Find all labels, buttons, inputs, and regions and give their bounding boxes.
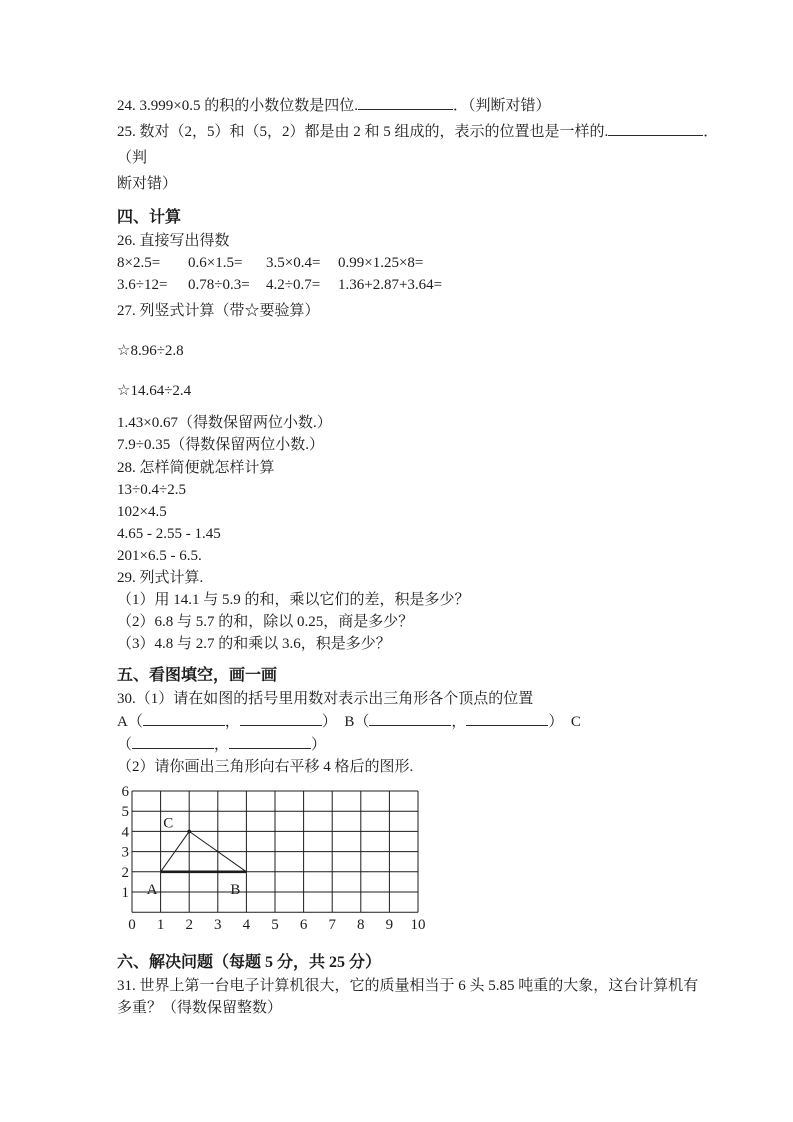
question-25-wrap: 断对错） [117,171,738,197]
vertex-label-a: A [147,882,158,898]
question-30-part-2: （2）请你画出三角形向右平移 4 格后的图形. [117,756,738,778]
vertex-label-b: B [230,882,240,898]
equation: 0.6×1.5= [188,252,266,274]
question-27-title: 27. 列竖式计算（带☆要验算） [117,300,738,322]
equation: 8×2.5= [117,252,188,274]
question-28-item-4: 201×6.5 - 6.5. [117,545,738,567]
y-axis-tick-label: 1 [122,885,130,901]
question-27-item-3: 1.43×0.67（得数保留两位小数.） [117,412,738,434]
vertex-b-label: ） B（ [322,714,370,730]
question-24-tail: ．（判断对错） [453,98,551,114]
y-axis-tick-label: 6 [122,784,130,800]
question-26-title: 26. 直接写出得数 [117,230,738,252]
comma: ， [451,714,466,730]
answer-blank [608,120,703,136]
question-25: 25. 数对（2，5）和（5，2）都是由 2 和 5 组成的，表示的位置也是一样… [117,119,738,171]
y-axis-tick-label: 5 [122,804,130,820]
question-28-title: 28. 怎样简便就怎样计算 [117,457,738,479]
x-axis-tick-label: 8 [357,917,365,933]
section-6-heading: 六、解决问题（每题 5 分，共 25 分） [117,951,738,975]
comma: ， [225,714,240,730]
question-28-item-1: 13÷0.4÷2.5 [117,479,738,501]
equation: 3.6÷12= [117,274,188,296]
question-27-item-1: ☆8.96÷2.8 [117,340,738,362]
equation-row-1: 8×2.5=0.6×1.5=3.5×0.4=0.99×1.25×8= [117,252,738,274]
x-axis-tick-label: 10 [411,917,426,933]
y-axis-tick-label: 2 [122,865,130,881]
x-axis-tick-label: 1 [157,917,165,933]
answer-blank [132,733,214,749]
x-axis-tick-label: 7 [328,917,336,933]
paren-open: （ [117,737,132,753]
section-4-heading: 四、计算 [117,206,738,230]
vertex-label-c: C [163,815,173,831]
question-27-item-4: 7.9÷0.35（得数保留两位小数.） [117,434,738,456]
judge-questions-block: 24. 3.999×0.5 的积的小数位数是四位.．（判断对错） 25. 数对（… [117,93,738,197]
vertex-a-label: A（ [117,714,143,730]
x-axis-tick-label: 9 [386,917,394,933]
x-axis-tick-label: 3 [214,917,222,933]
question-24-text: 24. 3.999×0.5 的积的小数位数是四位. [117,98,358,114]
equation: 1.36+2.87+3.64= [338,274,442,296]
answer-blank [240,710,322,726]
answer-blank [358,94,453,110]
vertex-c-label: ） C [548,714,581,730]
comma: ， [214,737,229,753]
vertex-c-dot [187,830,191,834]
worksheet-page: 24. 3.999×0.5 的积的小数位数是四位.．（判断对错） 25. 数对（… [0,0,793,1019]
answer-blank [369,710,451,726]
question-28-item-2: 102×4.5 [117,501,738,523]
equation: 0.99×1.25×8= [338,252,423,274]
question-31-line-2: 多重？（得数保留整数） [117,997,738,1019]
question-30-answer-line-2: （，） [117,733,738,756]
answer-blank [229,733,311,749]
y-axis-tick-label: 3 [122,845,130,861]
equation: 3.5×0.4= [266,252,338,274]
equation-row-2: 3.6÷12=0.78÷0.3=4.2÷0.7=1.36+2.87+3.64= [117,274,738,296]
equation: 0.78÷0.3= [188,274,266,296]
answer-blank [143,710,225,726]
paren-close: ） [311,737,326,753]
question-31-line-1: 31. 世界上第一台电子计算机很大，它的质量相当于 6 头 5.85 吨重的大象… [117,975,738,997]
question-29-title: 29. 列式计算. [117,567,738,589]
x-axis-tick-label: 5 [271,917,279,933]
question-29-item-3: （3）4.8 与 2.7 的和乘以 3.6，积是多少？ [117,633,738,655]
coordinate-grid-figure: 012345678910123456ABC [117,778,437,938]
x-axis-tick-label: 0 [128,917,136,933]
x-axis-tick-label: 2 [185,917,193,933]
x-axis-tick-label: 6 [300,917,308,933]
x-axis-tick-label: 4 [243,917,251,933]
answer-blank [466,710,548,726]
question-29-item-1: （1）用 14.1 与 5.9 的和，乘以它们的差，积是多少？ [117,589,738,611]
question-29-item-2: （2）6.8 与 5.7 的和，除以 0.25，商是多少？ [117,611,738,633]
question-24: 24. 3.999×0.5 的积的小数位数是四位.．（判断对错） [117,93,738,119]
question-27-item-2: ☆14.64÷2.4 [117,380,738,402]
equation: 4.2÷0.7= [266,274,338,296]
question-25-text: 25. 数对（2，5）和（5，2）都是由 2 和 5 组成的，表示的位置也是一样… [117,124,608,140]
question-28-item-3: 4.65 - 2.55 - 1.45 [117,523,738,545]
section-5-heading: 五、看图填空，画一画 [117,664,738,688]
y-axis-tick-label: 4 [122,824,130,840]
question-30-title: 30.（1）请在如图的括号里用数对表示出三角形各个顶点的位置 [117,688,738,710]
question-30-answer-line-1: A（，） B（，） C [117,710,738,733]
